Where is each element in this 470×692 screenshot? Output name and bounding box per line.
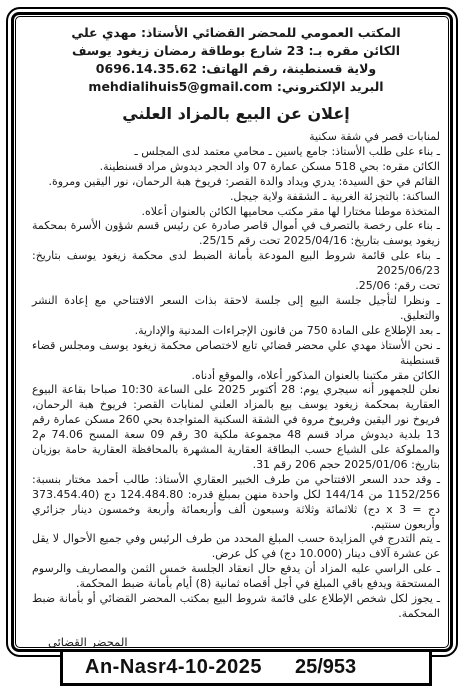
- body-paragraph: تحت رقم: 25/06.: [32, 279, 440, 294]
- newspaper-notice-page: المكتب العمومي للمحضر القضائي الأستاذ: م…: [0, 0, 470, 692]
- notice-body: لمنابات قصر في شقة سكنية ـ بناء على طلب …: [32, 130, 440, 622]
- body-paragraph: الساكنة: بالتجزئة الغربية ـ الشقفة ولاية…: [32, 190, 440, 205]
- body-paragraph: ـ يتم التدرج في المزايدة حسب المبلغ المح…: [32, 532, 440, 562]
- body-paragraph: لمنابات قصر في شقة سكنية: [32, 130, 440, 145]
- decorative-frame-inner: المكتب العمومي للمحضر القضائي الأستاذ: م…: [11, 12, 453, 652]
- body-paragraph: المتخذة موطنا مختارا لها مقر مكتب محاميه…: [32, 205, 440, 220]
- body-paragraph: ـ وقد حدد السعر الافتتاحي من طرف الخبير …: [32, 473, 440, 533]
- body-paragraph: ـ بعد الإطلاع على المادة 750 من قانون ال…: [32, 324, 440, 339]
- body-paragraph: ـ على الراسي عليه المزاد أن يدفع حال انع…: [32, 562, 440, 592]
- body-paragraph: ـ نحن الأستاذ مهدي علي محضر قضائي تابع ل…: [32, 339, 440, 369]
- body-paragraph: ـ بناء على قائمة شروط البيع المودعة بأما…: [32, 249, 440, 279]
- office-header: المكتب العمومي للمحضر القضائي الأستاذ: م…: [32, 24, 440, 96]
- notice-ref: 25/953: [295, 656, 356, 679]
- body-paragraph: القائم في حق السيدة: يدري ويداد والدة ال…: [32, 175, 440, 190]
- footer-box: An-Nasr4-10-2025 25/953: [60, 649, 432, 686]
- body-paragraph: ـ ونظرا لتأجيل جلسة البيع إلى جلسة لاحقة…: [32, 294, 440, 324]
- office-name: المكتب العمومي للمحضر القضائي الأستاذ: م…: [32, 24, 440, 42]
- body-paragraph: الكائن مقره: بحي 518 مسكن عمارة 07 واد ا…: [32, 160, 440, 175]
- body-paragraph: نعلن للجمهور أنه سيجري يوم: 28 أكتوبر 20…: [32, 383, 440, 472]
- notice-title: إعلان عن البيع بالمزاد العلني: [32, 103, 440, 125]
- bailiff-signature: المحضر القضائي: [32, 635, 440, 648]
- decorative-frame: المكتب العمومي للمحضر القضائي الأستاذ: م…: [6, 7, 458, 657]
- body-paragraph: ـ بناء على رخصة بالتصرف في أموال قاصر صا…: [32, 219, 440, 249]
- office-email: البريد الإلكتروني: mehdialihuis5@gmail.c…: [32, 78, 440, 96]
- notice-content: المكتب العمومي للمحضر القضائي الأستاذ: م…: [15, 16, 449, 648]
- body-paragraph: ـ يجوز لكل شخص الإطلاع على قائمة شروط ال…: [32, 592, 440, 622]
- body-paragraph: الكائن مقر مكتبنا بالعنوان المذكور أعلاه…: [32, 369, 440, 384]
- office-address: الكائن مقره بـ: 23 شارع بوطاقة رمضان زيغ…: [32, 42, 440, 60]
- newspaper-date: An-Nasr4-10-2025: [85, 656, 262, 679]
- body-paragraph: ـ بناء على طلب الأستاذ: جامع ياسين ـ محا…: [32, 145, 440, 160]
- office-phone: ولاية قسنطينة، رقم الهاتف: 0696.14.35.62: [32, 60, 440, 78]
